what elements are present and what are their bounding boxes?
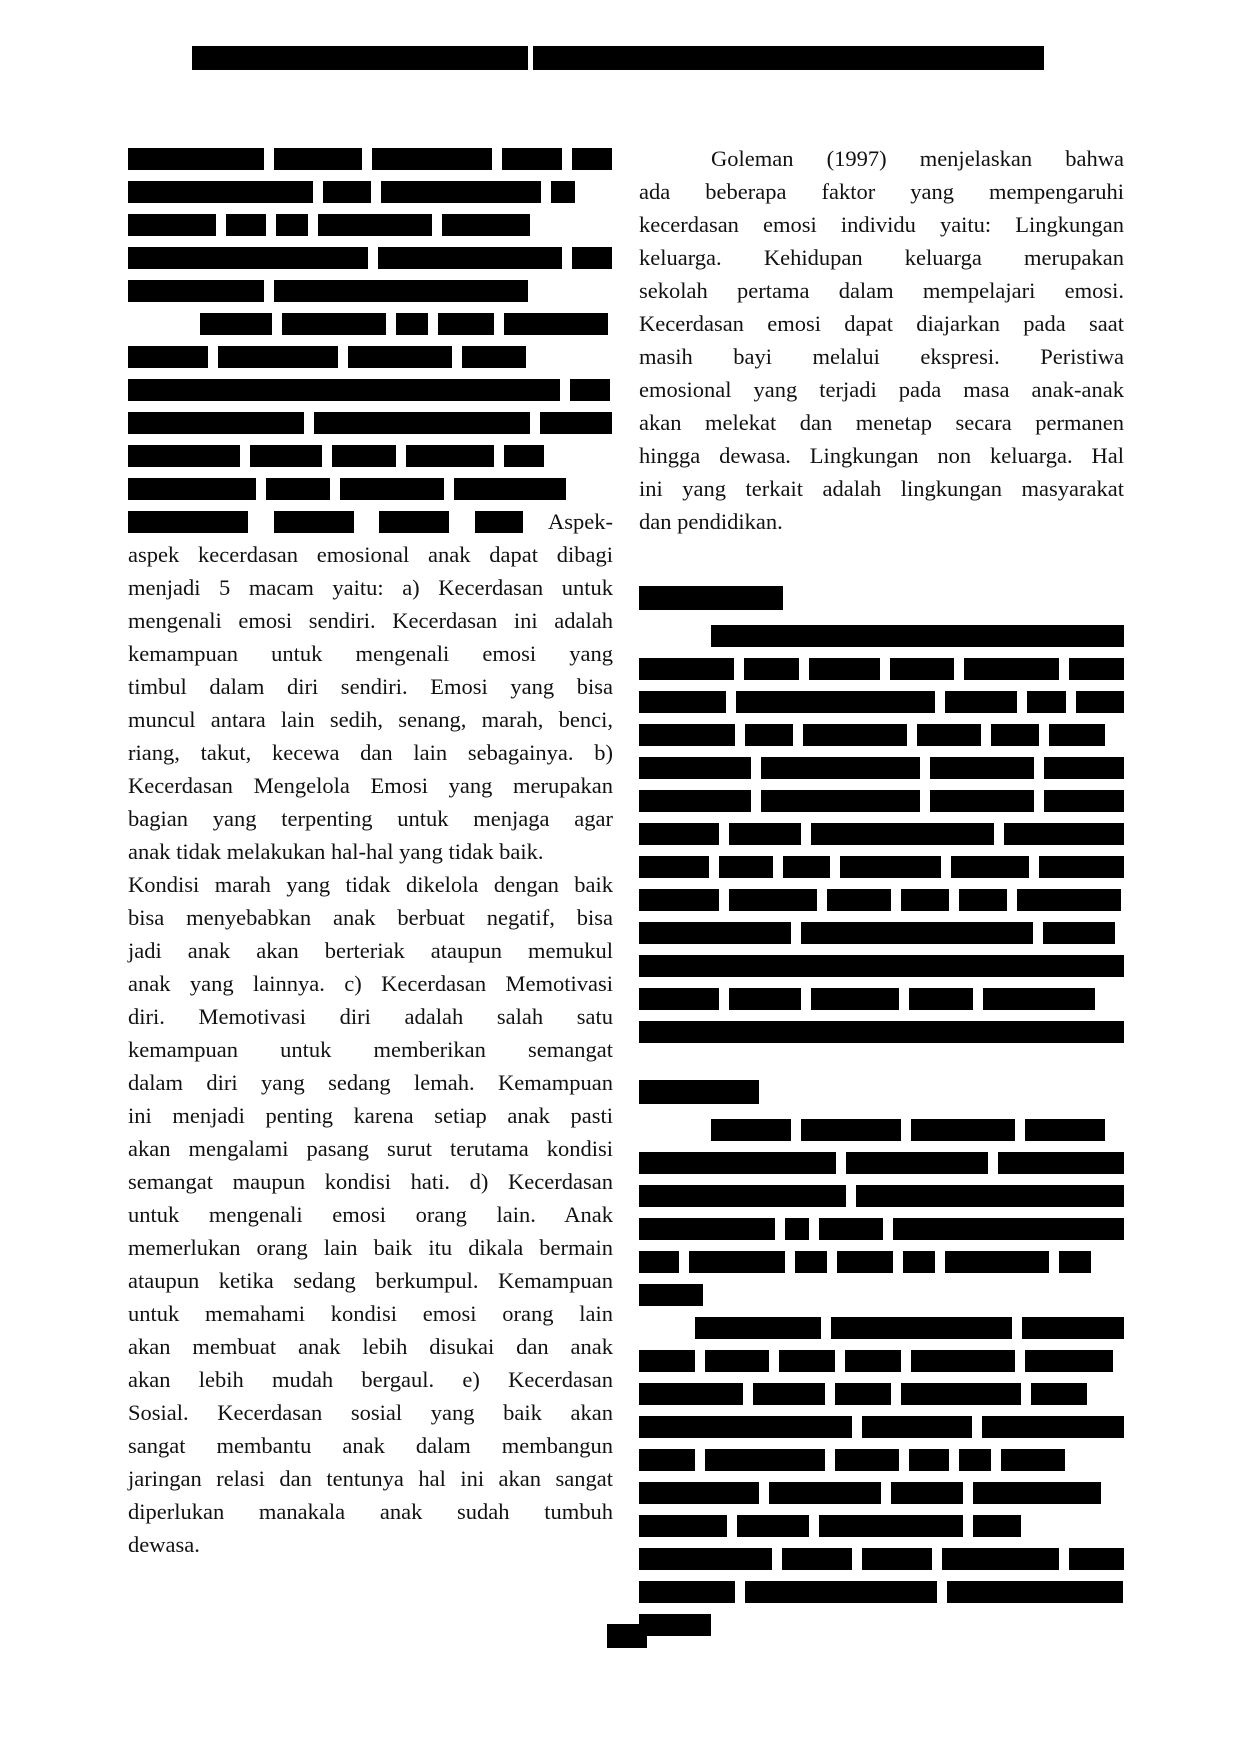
aspek-paragraph: aspek kecerdasan emosional anak dapat di… (128, 538, 613, 1561)
text-line: anak yang lainnya. c) Kecerdasan Memotiv… (128, 967, 613, 1000)
text-line: aspek kecerdasan emosional anak dapat di… (128, 538, 613, 571)
text-line: akan lebih mudah bergaul. e) Kecerdasan (128, 1363, 613, 1396)
text-line: dewasa. (128, 1528, 613, 1561)
text-line: bagian yang terpenting untuk menjaga aga… (128, 802, 613, 835)
text-line: kemampuan untuk mengenali emosi yang (128, 637, 613, 670)
redacted-section-2 (639, 619, 1124, 1048)
running-header-redacted-3 (533, 46, 1044, 70)
text-line: sekolah pertama dalam mempelajari emosi. (639, 274, 1124, 307)
text-line: Kecerdasan Mengelola Emosi yang merupaka… (128, 769, 613, 802)
running-header-redacted (192, 46, 528, 70)
page-number-redacted (607, 1624, 647, 1648)
text-line: akan mengalami pasang surut terutama kon… (128, 1132, 613, 1165)
text-line: Sosial. Kecerdasan sosial yang baik akan (128, 1396, 613, 1429)
text-line: mengenali emosi sendiri. Kecerdasan ini … (128, 604, 613, 637)
text-line: untuk memahami kondisi emosi orang lain (128, 1297, 613, 1330)
section-heading-redacted-2 (639, 1080, 759, 1104)
text-line: semangat maupun kondisi hati. d) Kecerda… (128, 1165, 613, 1198)
text-line: keluarga. Kehidupan keluarga merupakan (639, 241, 1124, 274)
text-line: bisa menyebabkan anak berbuat negatif, b… (128, 901, 613, 934)
text-line: emosional yang terjadi pada masa anak-an… (639, 373, 1124, 406)
text-line: Kondisi marah yang tidak dikelola dengan… (128, 868, 613, 901)
text-line: kecerdasan emosi individu yaitu: Lingkun… (639, 208, 1124, 241)
text-line: dan pendidikan. (639, 505, 1124, 538)
text-line: anak tidak melakukan hal-hal yang tidak … (128, 835, 613, 868)
text-line: dalam diri yang sedang lemah. Kemampuan (128, 1066, 613, 1099)
right-column: Goleman (1997) menjelaskan bahwa ada beb… (639, 142, 1124, 1641)
text-line: kemampuan untuk memberikan semangat (128, 1033, 613, 1066)
left-column: Aspek- aspek kecerdasan emosional anak d… (128, 142, 613, 1561)
text-line: ataupun ketika sedang berkumpul. Kemampu… (128, 1264, 613, 1297)
text-line: sangat membantu anak dalam membangun (128, 1429, 613, 1462)
text-line: akan membuat anak lebih disukai dan anak (128, 1330, 613, 1363)
text-line: ini menjadi penting karena setiap anak p… (128, 1099, 613, 1132)
text-line: akan melekat dan menetap secara permanen (639, 406, 1124, 439)
redacted-section-3 (639, 1113, 1124, 1641)
text-line: riang, takut, kecewa dan lain sebagainya… (128, 736, 613, 769)
goleman-paragraph: Goleman (1997) menjelaskan bahwa ada beb… (639, 142, 1124, 538)
text-line: Kecerdasan emosi dapat diajarkan pada sa… (639, 307, 1124, 340)
text-line: Goleman (1997) menjelaskan bahwa (639, 142, 1124, 175)
text-line: memerlukan orang lain baik itu dikala be… (128, 1231, 613, 1264)
text-line: timbul dalam diri sendiri. Emosi yang bi… (128, 670, 613, 703)
text-line: menjadi 5 macam yaitu: a) Kecerdasan unt… (128, 571, 613, 604)
text-line: diperlukan manakala anak sudah tumbuh (128, 1495, 613, 1528)
text-line: ada beberapa faktor yang mempengaruhi (639, 175, 1124, 208)
text-line: jadi anak akan berteriak ataupun memukul (128, 934, 613, 967)
text-line: untuk mengenali emosi orang lain. Anak (128, 1198, 613, 1231)
aspek-line: Aspek- (128, 505, 613, 538)
text-line: jaringan relasi dan tentunya hal ini aka… (128, 1462, 613, 1495)
text-line: masih bayi melalui ekspresi. Peristiwa (639, 340, 1124, 373)
redacted-paragraph-1 (128, 142, 613, 505)
text-line: diri. Memotivasi diri adalah salah satu (128, 1000, 613, 1033)
text-line: muncul antara lain sedih, senang, marah,… (128, 703, 613, 736)
section-heading-redacted (639, 586, 783, 610)
aspek-start-text: Aspek- (548, 509, 613, 535)
text-line: hingga dewasa. Lingkungan non keluarga. … (639, 439, 1124, 472)
text-line: ini yang terkait adalah lingkungan masya… (639, 472, 1124, 505)
